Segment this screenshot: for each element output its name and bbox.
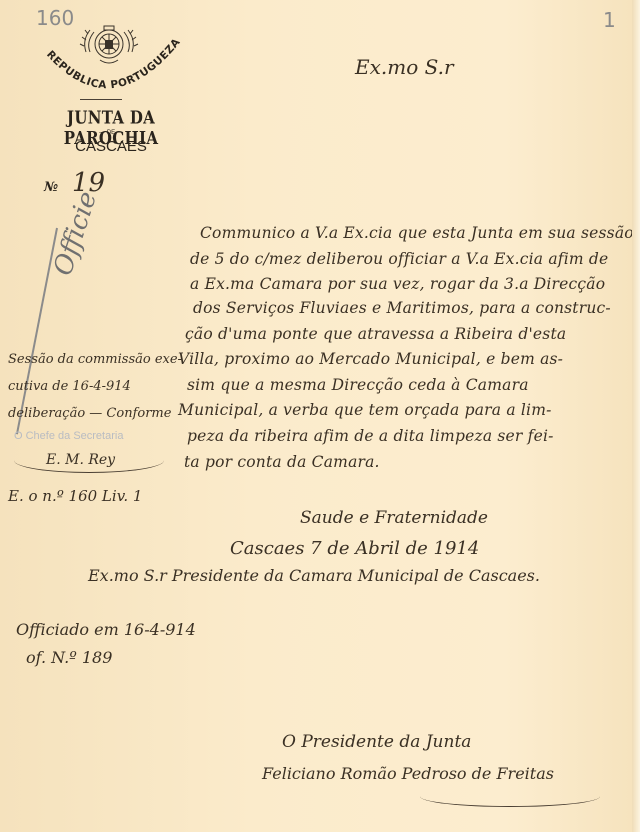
session-note-line: cutiva de 16-4-914 <box>8 379 131 394</box>
body-line: ção d'uma ponte que atravessa a Ribeira … <box>185 325 566 343</box>
secretary-stamp: O Chefe da Secretaria <box>14 430 123 442</box>
body-line: a Ex.ma Camara por sua vez, rogar da 3.a… <box>190 275 605 293</box>
officio-number-note: of. N.º 189 <box>26 648 112 667</box>
institution-place: CASCAES <box>20 138 202 155</box>
body-line: dos Serviços Fluviaes e Maritimos, para … <box>193 299 611 317</box>
officiado-note: Officiado em 16-4-914 <box>16 620 196 639</box>
page-number: 1 <box>603 8 616 32</box>
signature-flourish <box>14 448 164 473</box>
number-label: № <box>44 180 58 195</box>
signatory-title: O Presidente da Junta <box>282 732 471 752</box>
body-line: Villa, proximo ao Mercado Municipal, e b… <box>178 350 563 368</box>
document-page: 160 1 REPUBLICA PORTUGUEZA JUNTA DA PARO… <box>0 0 632 832</box>
svg-text:REPUBLICA PORTUGUEZA: REPUBLICA PORTUGUEZA <box>44 36 183 92</box>
closing-greeting: Saude e Fraternidade <box>300 508 488 528</box>
body-line: Communico a V.a Ex.cia que esta Junta em… <box>200 224 634 242</box>
republic-heading: REPUBLICA PORTUGUEZA <box>36 30 186 110</box>
institution-connector: — DE — <box>20 130 202 136</box>
signature-underline <box>420 786 600 807</box>
body-line: ta por conta da Camara. <box>184 453 380 471</box>
signatory-name: Feliciano Romão Pedroso de Freitas <box>262 764 554 783</box>
body-line: sim que a mesma Direcção ceda à Camara <box>187 376 529 394</box>
folio-number: 160 <box>36 6 74 30</box>
salutation: Ex.mo S.r <box>355 55 454 79</box>
reference-note: E. o n.º 160 Liv. 1 <box>8 487 142 505</box>
republic-text: REPUBLICA PORTUGUEZA <box>44 36 183 92</box>
body-line: de 5 do c/mez deliberou officiar a V.a E… <box>190 250 608 268</box>
page-edge <box>632 0 640 832</box>
body-line: Municipal, a verba que tem orçada para a… <box>178 401 552 419</box>
body-line: peza da ribeira afim de a dita limpeza s… <box>187 427 554 445</box>
session-note-line: deliberação — Conforme <box>8 406 171 421</box>
place-date: Cascaes 7 de Abril de 1914 <box>230 538 479 559</box>
session-note-line: Sessão da commissão exe- <box>8 352 182 367</box>
letterhead-divider <box>80 99 122 100</box>
addressee: Ex.mo S.r Presidente da Camara Municipal… <box>88 566 540 585</box>
